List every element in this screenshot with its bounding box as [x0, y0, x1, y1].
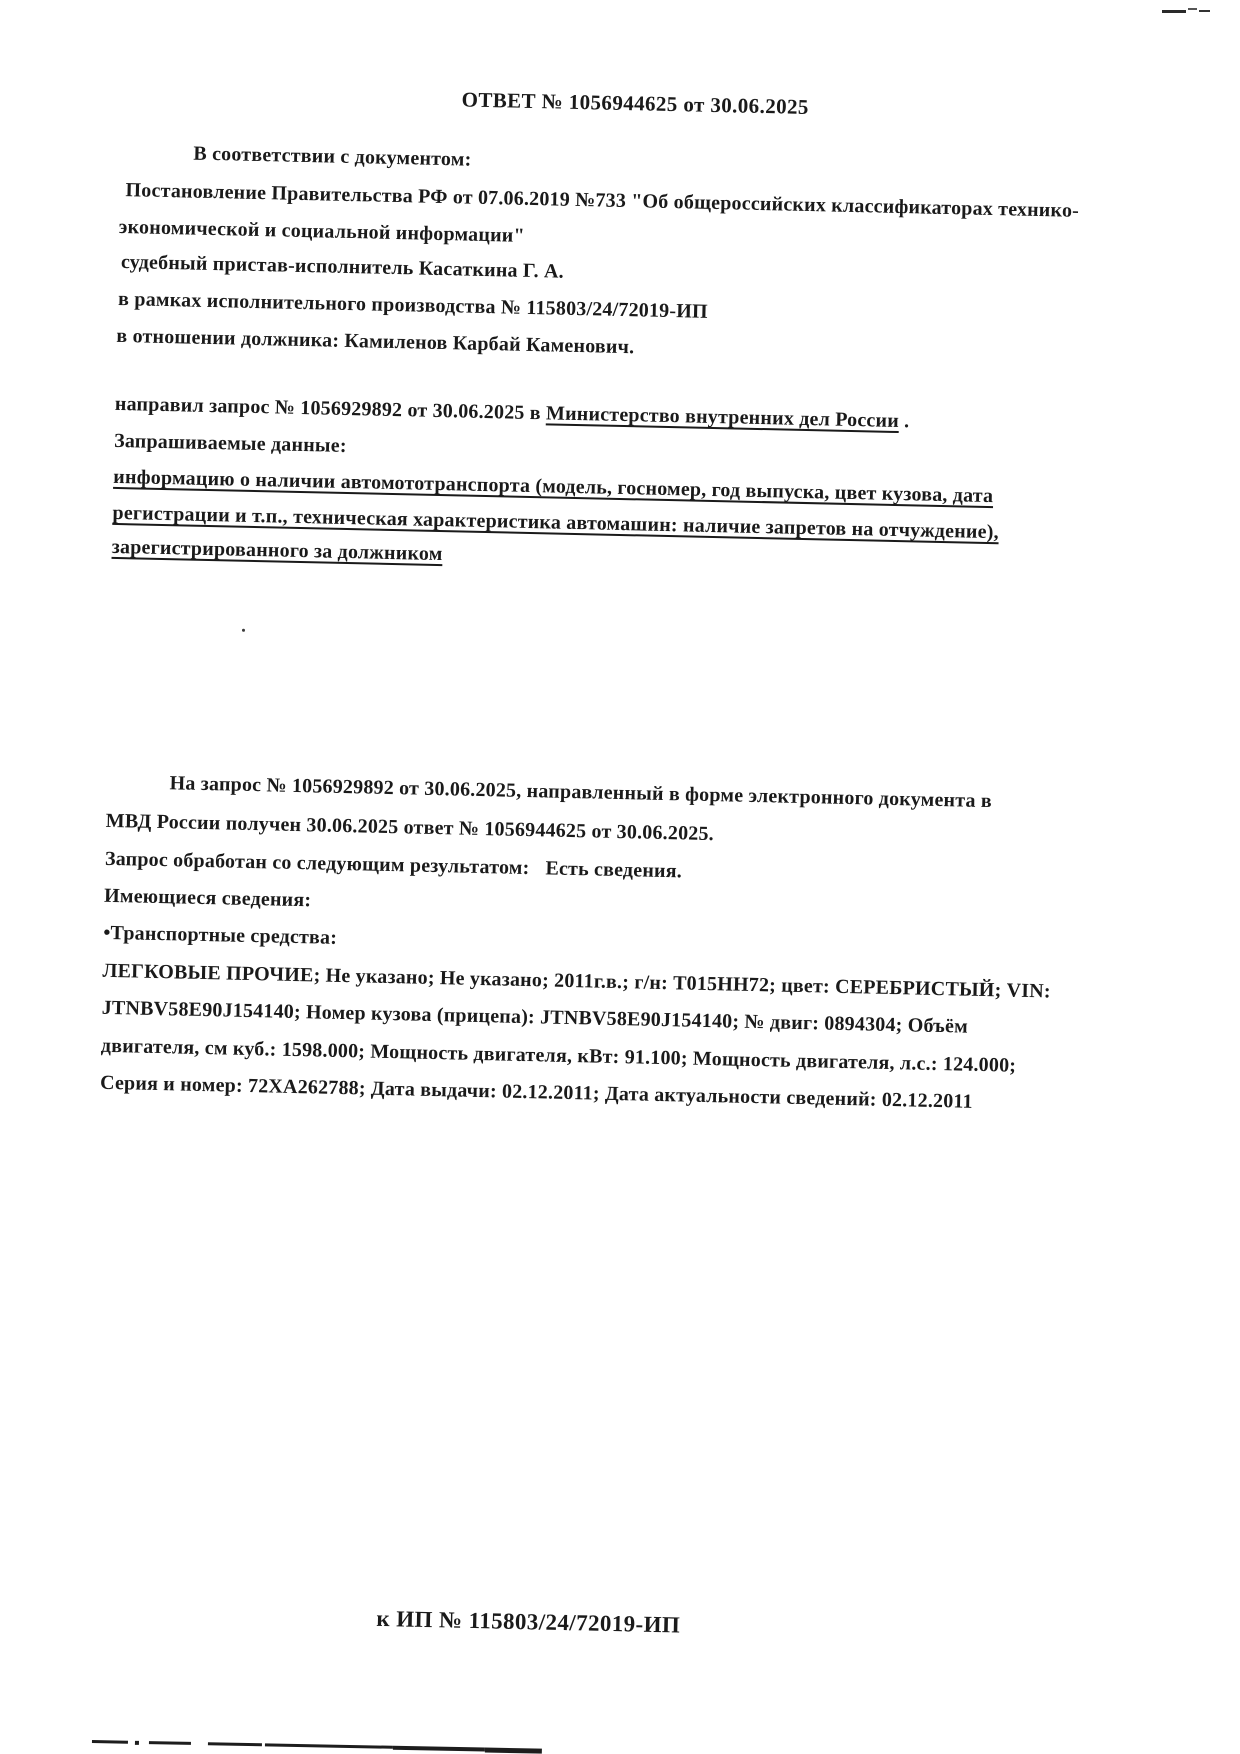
request-line: направил запрос № 1056929892 от 30.06.20… — [115, 390, 910, 435]
vehicles-heading: •Транспортные средства: — [103, 919, 337, 952]
available-data-heading: Имеющиеся сведения: — [104, 882, 312, 915]
scan-dash — [1199, 10, 1210, 12]
scan-artifact-top-right — [1162, 6, 1212, 18]
scan-artifact-bottom-line — [92, 1740, 542, 1754]
result-label: Запрос обработан со следующим результато… — [105, 848, 530, 879]
result-line: Запрос обработан со следующим результато… — [105, 845, 683, 886]
scan-dash — [1162, 10, 1186, 13]
document-body: ОТВЕТ № 1056944625 от 30.06.2025 В соотв… — [87, 78, 1102, 1699]
scan-artifact-dot — [242, 629, 245, 632]
document-title: ОТВЕТ № 1056944625 от 30.06.2025 — [461, 85, 809, 121]
response-line: На запрос № 1056929892 от 30.06.2025, на… — [169, 769, 992, 815]
request-recipient: Министерство внутренних дел России — [546, 402, 899, 432]
compliance-heading: В соответствии с документом: — [193, 140, 472, 174]
result-value: Есть сведения. — [545, 854, 682, 885]
requested-data-line: зарегистрированного за должником — [111, 533, 442, 568]
scanned-document-page: ОТВЕТ № 1056944625 от 30.06.2025 В соотв… — [0, 0, 1240, 1754]
bailiff-line: судебный пристав-исполнитель Касаткина Г… — [121, 248, 564, 286]
proceeding-line: в рамках исполнительного производства № … — [118, 285, 708, 326]
debtor-line: в отношении должника: Камиленов Карбай К… — [116, 322, 635, 361]
footer-case-reference: к ИП № 115803/24/72019-ИП — [376, 1605, 680, 1640]
requested-data-heading: Запрашиваемые данные: — [114, 427, 347, 460]
response-line: МВД России получен 30.06.2025 ответ № 10… — [105, 807, 714, 848]
scan-dash — [1188, 8, 1197, 10]
basis-line: экономической и социальной информации" — [118, 213, 525, 250]
request-suffix: . — [899, 410, 910, 432]
request-prefix: направил запрос № 1056929892 от 30.06.20… — [115, 393, 547, 424]
